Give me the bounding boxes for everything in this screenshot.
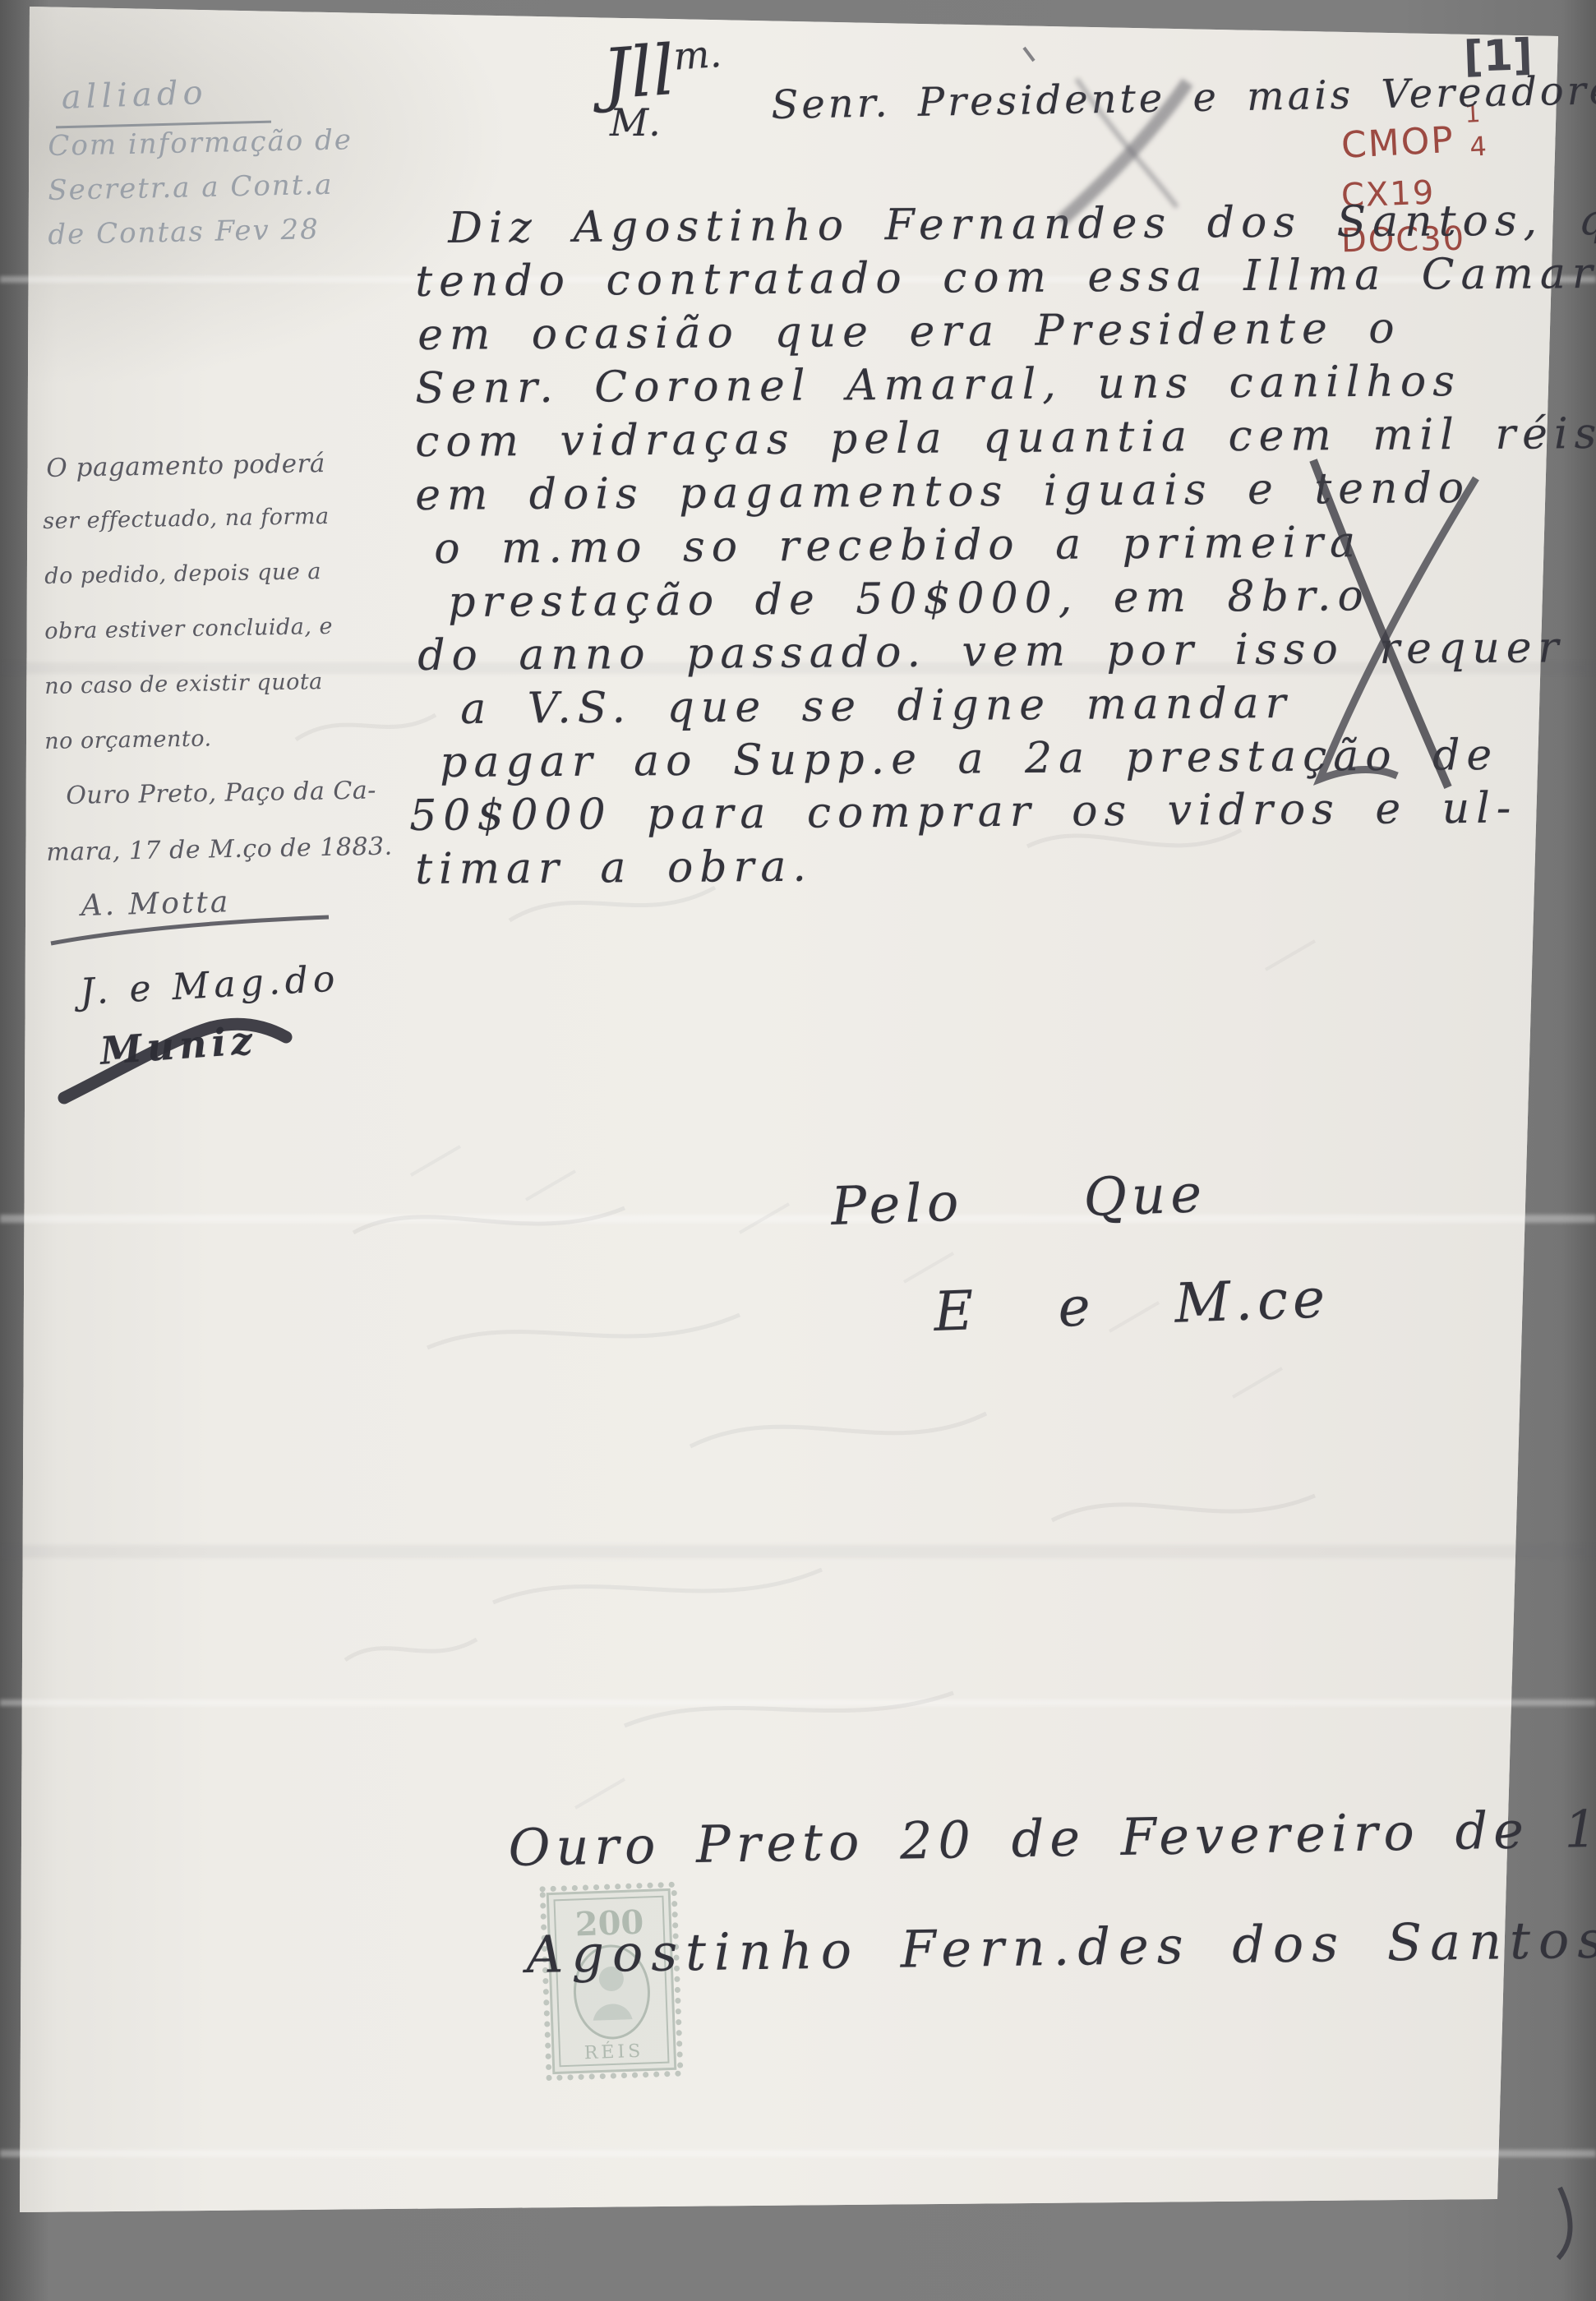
body-line: Senr. Coronel Amaral, uns canilhos (415, 357, 1461, 413)
body-line: timar a obra. (415, 842, 813, 894)
despacho-dateline-2: mara, 17 de M.ço de 1883. (46, 832, 393, 867)
body-line: tendo contratado com essa Illma Camara (415, 249, 1596, 307)
margin-note-1: alliado (61, 74, 208, 117)
stamp-unit: RÉIS (584, 2040, 643, 2064)
scan-streak-dark (0, 1545, 1596, 1558)
despacho-line: no orçamento. (44, 726, 212, 754)
body-line: prestação de 50$000, em 8br.o (448, 571, 1370, 627)
scanned-document-page: [1] CMOP 1 4 CX19 DOC30 Jllm. M. Senr. P… (0, 0, 1596, 2301)
scan-streak (0, 2150, 1596, 2157)
header-initial: M. (610, 100, 661, 145)
scan-streak (0, 1699, 1596, 1706)
body-line: em ocasião que era Presidente o (417, 304, 1401, 360)
body-line: o m.mo so recebido a primeira (434, 518, 1362, 574)
despacho-line: obra estiver concluida, e (44, 614, 333, 644)
margin-note-3: Secretr.a a Cont.a (48, 168, 334, 207)
corner-ink-mark (1558, 2188, 1571, 2258)
archive-series: CMOP (1340, 119, 1455, 167)
despacho-dateline-1: Ouro Preto, Paço da Ca- (66, 776, 376, 810)
header-illmo-sup: m. (672, 31, 723, 79)
body-line: com vidraças pela quantia cem mil réis (415, 409, 1596, 467)
scan-streak (0, 1215, 1596, 1223)
margin-note-2: Com informação de (48, 123, 353, 163)
body-line: Diz Agostinho Fernandes dos Santos, que (448, 196, 1596, 253)
body-line: 50$000 para comprar os vidros e ul- (409, 784, 1518, 841)
despacho-line: do pedido, depois que a (44, 559, 321, 589)
margin-note-4: de Contas Fev 28 (48, 213, 320, 251)
body-line: a V.S. que se digne mandar (460, 679, 1293, 734)
despacho-signature: A. Motta (81, 885, 231, 923)
body-line: pagar ao Supp.e a 2a prestação de (440, 731, 1498, 787)
despacho-line: no caso de existir quota (44, 669, 323, 699)
despacho-line: O pagamento poderá (46, 449, 325, 483)
despacho-line: ser effectuado, na forma (43, 504, 330, 534)
body-line: em dois pagamentos iguais e tendo (415, 463, 1470, 520)
archive-fraction-bottom: 4 (1469, 131, 1487, 163)
body-line: do anno passado. vem por isso requer (417, 623, 1566, 680)
